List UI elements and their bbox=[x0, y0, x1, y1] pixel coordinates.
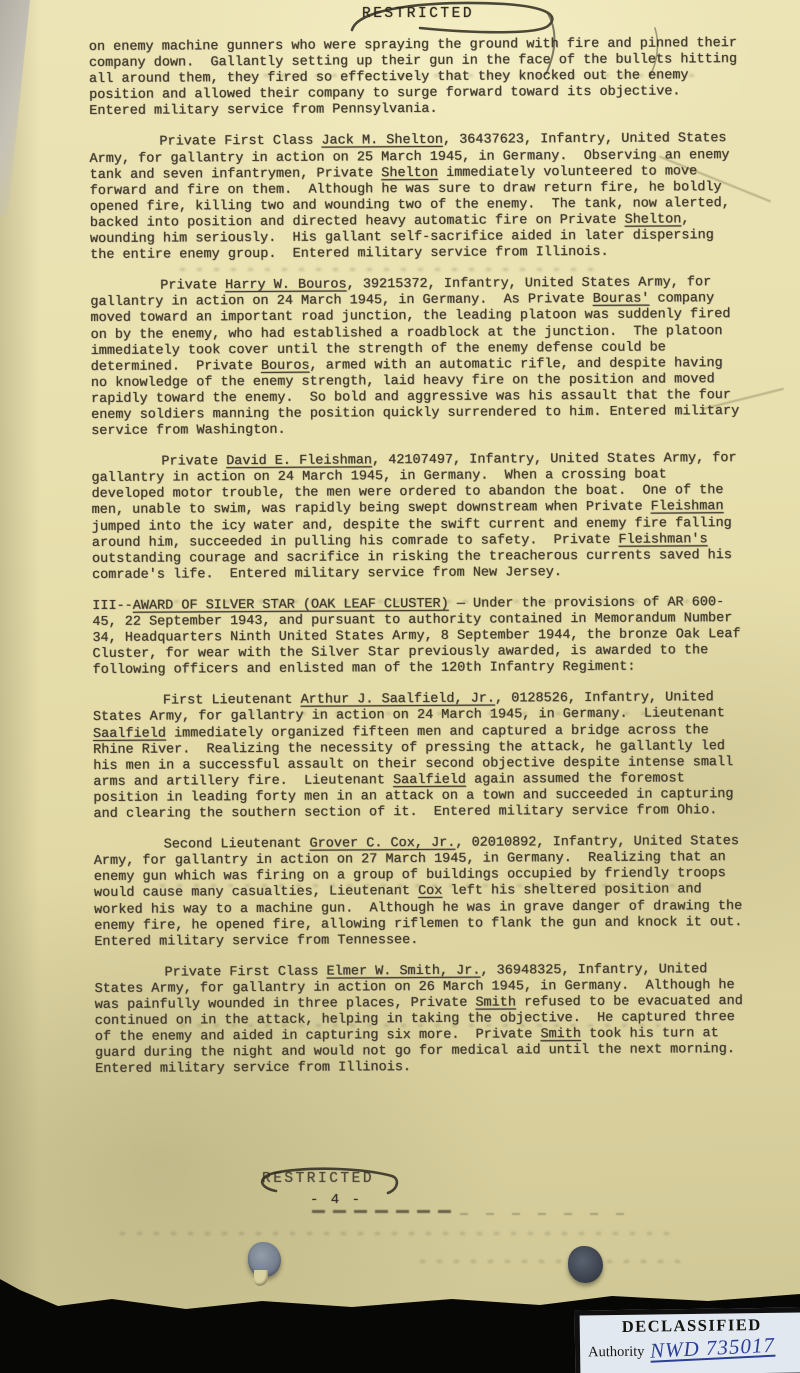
authority-handwritten-value: NWD 735017 bbox=[650, 1335, 776, 1363]
scanned-page: RESTRICTED on enemy machine gunners who … bbox=[0, 0, 800, 1320]
underlined-name: Grover C. Cox, Jr. bbox=[309, 836, 455, 852]
bleed-through-marks bbox=[420, 1260, 680, 1263]
bleed-through-marks bbox=[120, 1232, 680, 1235]
underlined-name: Saalfield bbox=[93, 726, 166, 741]
underlined-name: Elmer W. Smith, Jr. bbox=[326, 963, 480, 979]
underlined-name: Arthur J. Saalfield, Jr. bbox=[301, 692, 496, 708]
authority-label: Authority bbox=[588, 1344, 645, 1362]
bleed-through-marks bbox=[230, 74, 700, 77]
paragraph: Private David E. Fleishman, 42107497, In… bbox=[91, 451, 742, 584]
underlined-name: Shelton bbox=[625, 212, 682, 227]
bleed-through-marks bbox=[160, 884, 700, 887]
text-run: Private First Class bbox=[159, 134, 321, 150]
underlined-name: Fleishman's bbox=[618, 532, 707, 548]
document-body: on enemy machine gunners who were sprayi… bbox=[89, 36, 745, 1093]
paragraph: Private First Class Elmer W. Smith, Jr.,… bbox=[94, 962, 745, 1079]
restricted-footer-stamp: RESTRICTED bbox=[262, 1171, 374, 1187]
paragraph: III--AWARD OF SILVER STAR (OAK LEAF CLUS… bbox=[92, 595, 742, 679]
underlined-name: Bouros bbox=[261, 358, 310, 373]
smudge-marks bbox=[460, 1213, 640, 1215]
declassified-stamp: DECLASSIFIED Authority NWD 735017 bbox=[575, 1307, 800, 1373]
punch-hole-left bbox=[248, 1242, 281, 1277]
page-corner-shadow bbox=[0, 0, 36, 215]
page-number: - 4 - bbox=[306, 1192, 366, 1208]
smudge-underline bbox=[312, 1210, 454, 1213]
underlined-name: Shelton bbox=[381, 166, 438, 181]
text-run: First Lieutenant bbox=[163, 693, 301, 709]
bleed-through-marks bbox=[180, 268, 600, 271]
underlined-name: Fleishman bbox=[651, 500, 724, 515]
paragraph: First Lieutenant Arthur J. Saalfield, Jr… bbox=[93, 690, 744, 823]
underlined-name: Smith bbox=[475, 995, 516, 1010]
underlined-name: David E. Fleishman bbox=[226, 453, 372, 469]
paragraph: on enemy machine gunners who were sprayi… bbox=[89, 36, 739, 120]
text-run: on enemy machine gunners who were sprayi… bbox=[89, 36, 745, 119]
bleed-through-marks bbox=[140, 600, 700, 603]
underlined-name: Jack M. Shelton bbox=[321, 133, 443, 149]
text-run: III-- bbox=[92, 599, 133, 614]
punch-hole-right bbox=[568, 1246, 603, 1283]
text-run: Private First Class bbox=[164, 964, 326, 980]
underlined-name: Bouras' bbox=[593, 292, 650, 307]
text-run: Private bbox=[161, 454, 226, 469]
underlined-name: Harry W. Bouros bbox=[225, 278, 347, 294]
paragraph: Second Lieutenant Grover C. Cox, Jr., 02… bbox=[94, 834, 745, 951]
underlined-name: Smith bbox=[540, 1027, 581, 1042]
bleed-through-marks bbox=[250, 712, 720, 715]
underlined-name: Saalfield bbox=[393, 773, 466, 788]
paragraph: Private Harry W. Bouros, 39215372, Infan… bbox=[90, 275, 741, 440]
text-run: Second Lieutenant bbox=[164, 837, 310, 853]
paragraph: Private First Class Jack M. Shelton, 364… bbox=[89, 131, 740, 264]
bleed-through-marks bbox=[180, 1024, 660, 1027]
text-run: Private bbox=[160, 278, 225, 293]
restricted-header-stamp: RESTRICTED bbox=[362, 6, 474, 22]
